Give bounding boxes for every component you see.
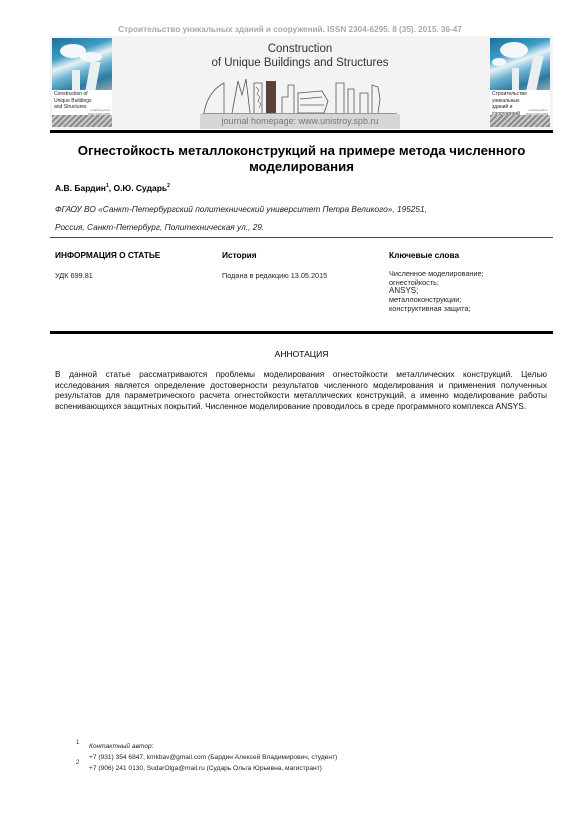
footnote-contact-2: +7 (906) 241 0130, SudarOlga@mail.ru (Су…	[89, 765, 322, 772]
history-heading: История	[222, 250, 257, 260]
info-divider-top	[50, 237, 553, 238]
keywords-list: Численное моделирование; огнестойкость; …	[389, 270, 484, 314]
author-footnote-mark[interactable]: 2	[167, 183, 170, 189]
footnote-contact-1: +7 (931) 354 6847, kmkbav@gmail.com (Бар…	[89, 754, 337, 761]
author-name: А.В. Бардин	[55, 183, 106, 193]
journal-homepage-link[interactable]: journal homepage: www.unistroy.spb.ru	[200, 114, 400, 129]
authors: А.В. Бардин1, О.Ю. Сударь2	[55, 183, 170, 193]
skyline-logo-icon	[202, 75, 397, 115]
affiliation-line-2: Россия, Санкт-Петербург, Политехническая…	[55, 222, 264, 232]
running-head: Строительство уникальных зданий и сооруж…	[0, 25, 580, 34]
article-title: Огнестойкость металлоконструкций на прим…	[50, 143, 553, 175]
abstract-heading: АННОТАЦИЯ	[50, 349, 553, 359]
submission-date: Подана в редакцию 13.05.2015	[222, 271, 327, 281]
abstract-text: В данной статье рассматриваются проблемы…	[55, 369, 547, 411]
article-info-heading: ИНФОРМАЦИЯ О СТАТЬЕ	[55, 250, 160, 260]
author-name: О.Ю. Сударь	[113, 183, 167, 193]
contact-author-label: Контактный автор:	[89, 743, 154, 750]
udc-code: УДК 699.81	[55, 271, 93, 281]
affiliation-line-1: ФГАОУ ВО «Санкт-Петербургский политехнич…	[55, 204, 427, 214]
keyword: конструктивная защита;	[389, 305, 484, 314]
keywords-heading: Ключевые слова	[389, 250, 459, 260]
footnote-mark-1: 1	[76, 740, 79, 746]
info-divider-bottom	[50, 331, 553, 334]
right-cover-image: Строительство уникальных зданий и сооруж…	[490, 38, 550, 127]
journal-title: Construction of Unique Buildings and Str…	[200, 42, 400, 70]
footnote-mark-2: 2	[76, 760, 79, 766]
left-cover-image: Construction of Unique Buildings and Str…	[52, 38, 112, 127]
journal-banner: Construction of Unique Buildings and Str…	[50, 36, 553, 129]
header-divider	[50, 130, 553, 133]
